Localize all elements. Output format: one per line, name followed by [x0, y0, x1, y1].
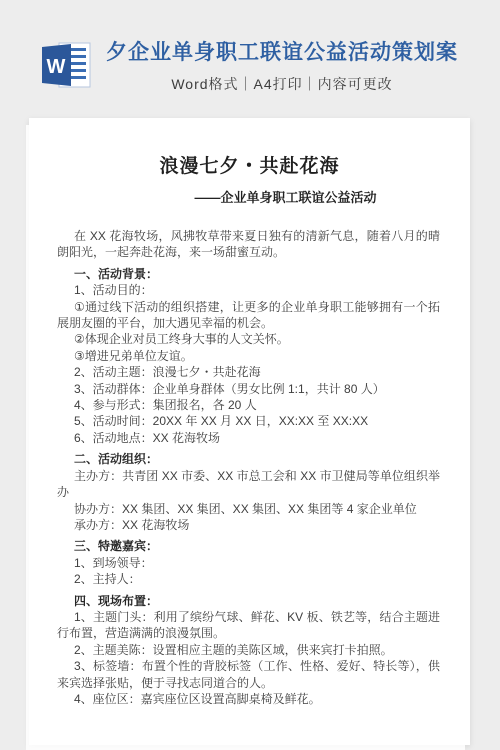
paragraph: 协办方：XX 集团、XX 集团、XX 集团、XX 集团等 4 家企业单位	[57, 501, 440, 517]
paragraph: 主办方：共青团 XX 市委、XX 市总工会和 XX 市卫健局等单位组织举办	[57, 468, 440, 501]
paragraph: 2、主题美陈：设置相应主题的美陈区域，供来宾打卡拍照。	[57, 642, 440, 658]
paragraph: 在 XX 花海牧场，风拂牧草带来夏日独有的清新气息，随着八月的晴朗阳光，一起奔赴…	[57, 228, 440, 261]
header: W 夕企业单身职工联谊公益活动策划案 Word格式｜A4打印｜内容可更改	[0, 0, 500, 118]
document-subtitle: ——企业单身职工联谊公益活动	[29, 189, 470, 207]
document-page: 浪漫七夕・共赴花海 ——企业单身职工联谊公益活动 在 XX 花海牧场，风拂牧草带…	[29, 118, 470, 745]
document-title: 浪漫七夕・共赴花海	[29, 154, 470, 180]
paragraph: 1、到场领导：	[57, 555, 440, 571]
section-heading: 二、活动组织：	[57, 451, 440, 467]
section-heading: 三、特邀嘉宾：	[57, 538, 440, 554]
section-heading: 一、活动背景：	[57, 266, 440, 282]
paragraph: 5、活动时间：20XX 年 XX 月 XX 日，XX:XX 至 XX:XX	[57, 413, 440, 429]
paragraph: 2、主持人：	[57, 571, 440, 587]
section-heading: 四、现场布置：	[57, 593, 440, 609]
word-icon-letter: W	[47, 56, 66, 78]
paragraph: ③增进兄弟单位友谊。	[57, 348, 440, 364]
paragraph: 2、活动主题：浪漫七夕・共赴花海	[57, 364, 440, 380]
paragraph: 4、座位区：嘉宾座位区设置高脚桌椅及鲜花。	[57, 691, 440, 707]
document-body: 在 XX 花海牧场，风拂牧草带来夏日独有的清新气息，随着八月的晴朗阳光，一起奔赴…	[29, 228, 470, 707]
paragraph: 3、活动群体：企业单身群体（男女比例 1:1，共计 80 人）	[57, 381, 440, 397]
paragraph: 1、活动目的：	[57, 282, 440, 298]
paragraph: 1、主题门头：利用了缤纷气球、鲜花、KV 板、铁艺等，结合主题进行布置，营造满满…	[57, 609, 440, 642]
paragraph: ②体现企业对员工终身大事的人文关怀。	[57, 331, 440, 347]
word-document-icon: W	[42, 42, 92, 88]
page-title: 夕企业单身职工联谊公益活动策划案	[106, 40, 458, 66]
page-subtitle: Word格式｜A4打印｜内容可更改	[171, 74, 392, 94]
paragraph: 4、参与形式：集团报名，各 20 人	[57, 397, 440, 413]
header-inner: W 夕企业单身职工联谊公益活动策划案 Word格式｜A4打印｜内容可更改	[42, 40, 458, 94]
paragraph: ①通过线下活动的组织搭建，让更多的企业单身职工能够拥有一个拓展朋友圈的平台，加大…	[57, 299, 440, 332]
paragraph: 承办方：XX 花海牧场	[57, 517, 440, 533]
paragraph: 3、标签墙：布置个性的背胶标签（工作、性格、爱好、特长等），供来宾选择张贴，便于…	[57, 658, 440, 691]
paragraph: 6、活动地点：XX 花海牧场	[57, 430, 440, 446]
header-text: 夕企业单身职工联谊公益活动策划案 Word格式｜A4打印｜内容可更改	[106, 40, 458, 94]
